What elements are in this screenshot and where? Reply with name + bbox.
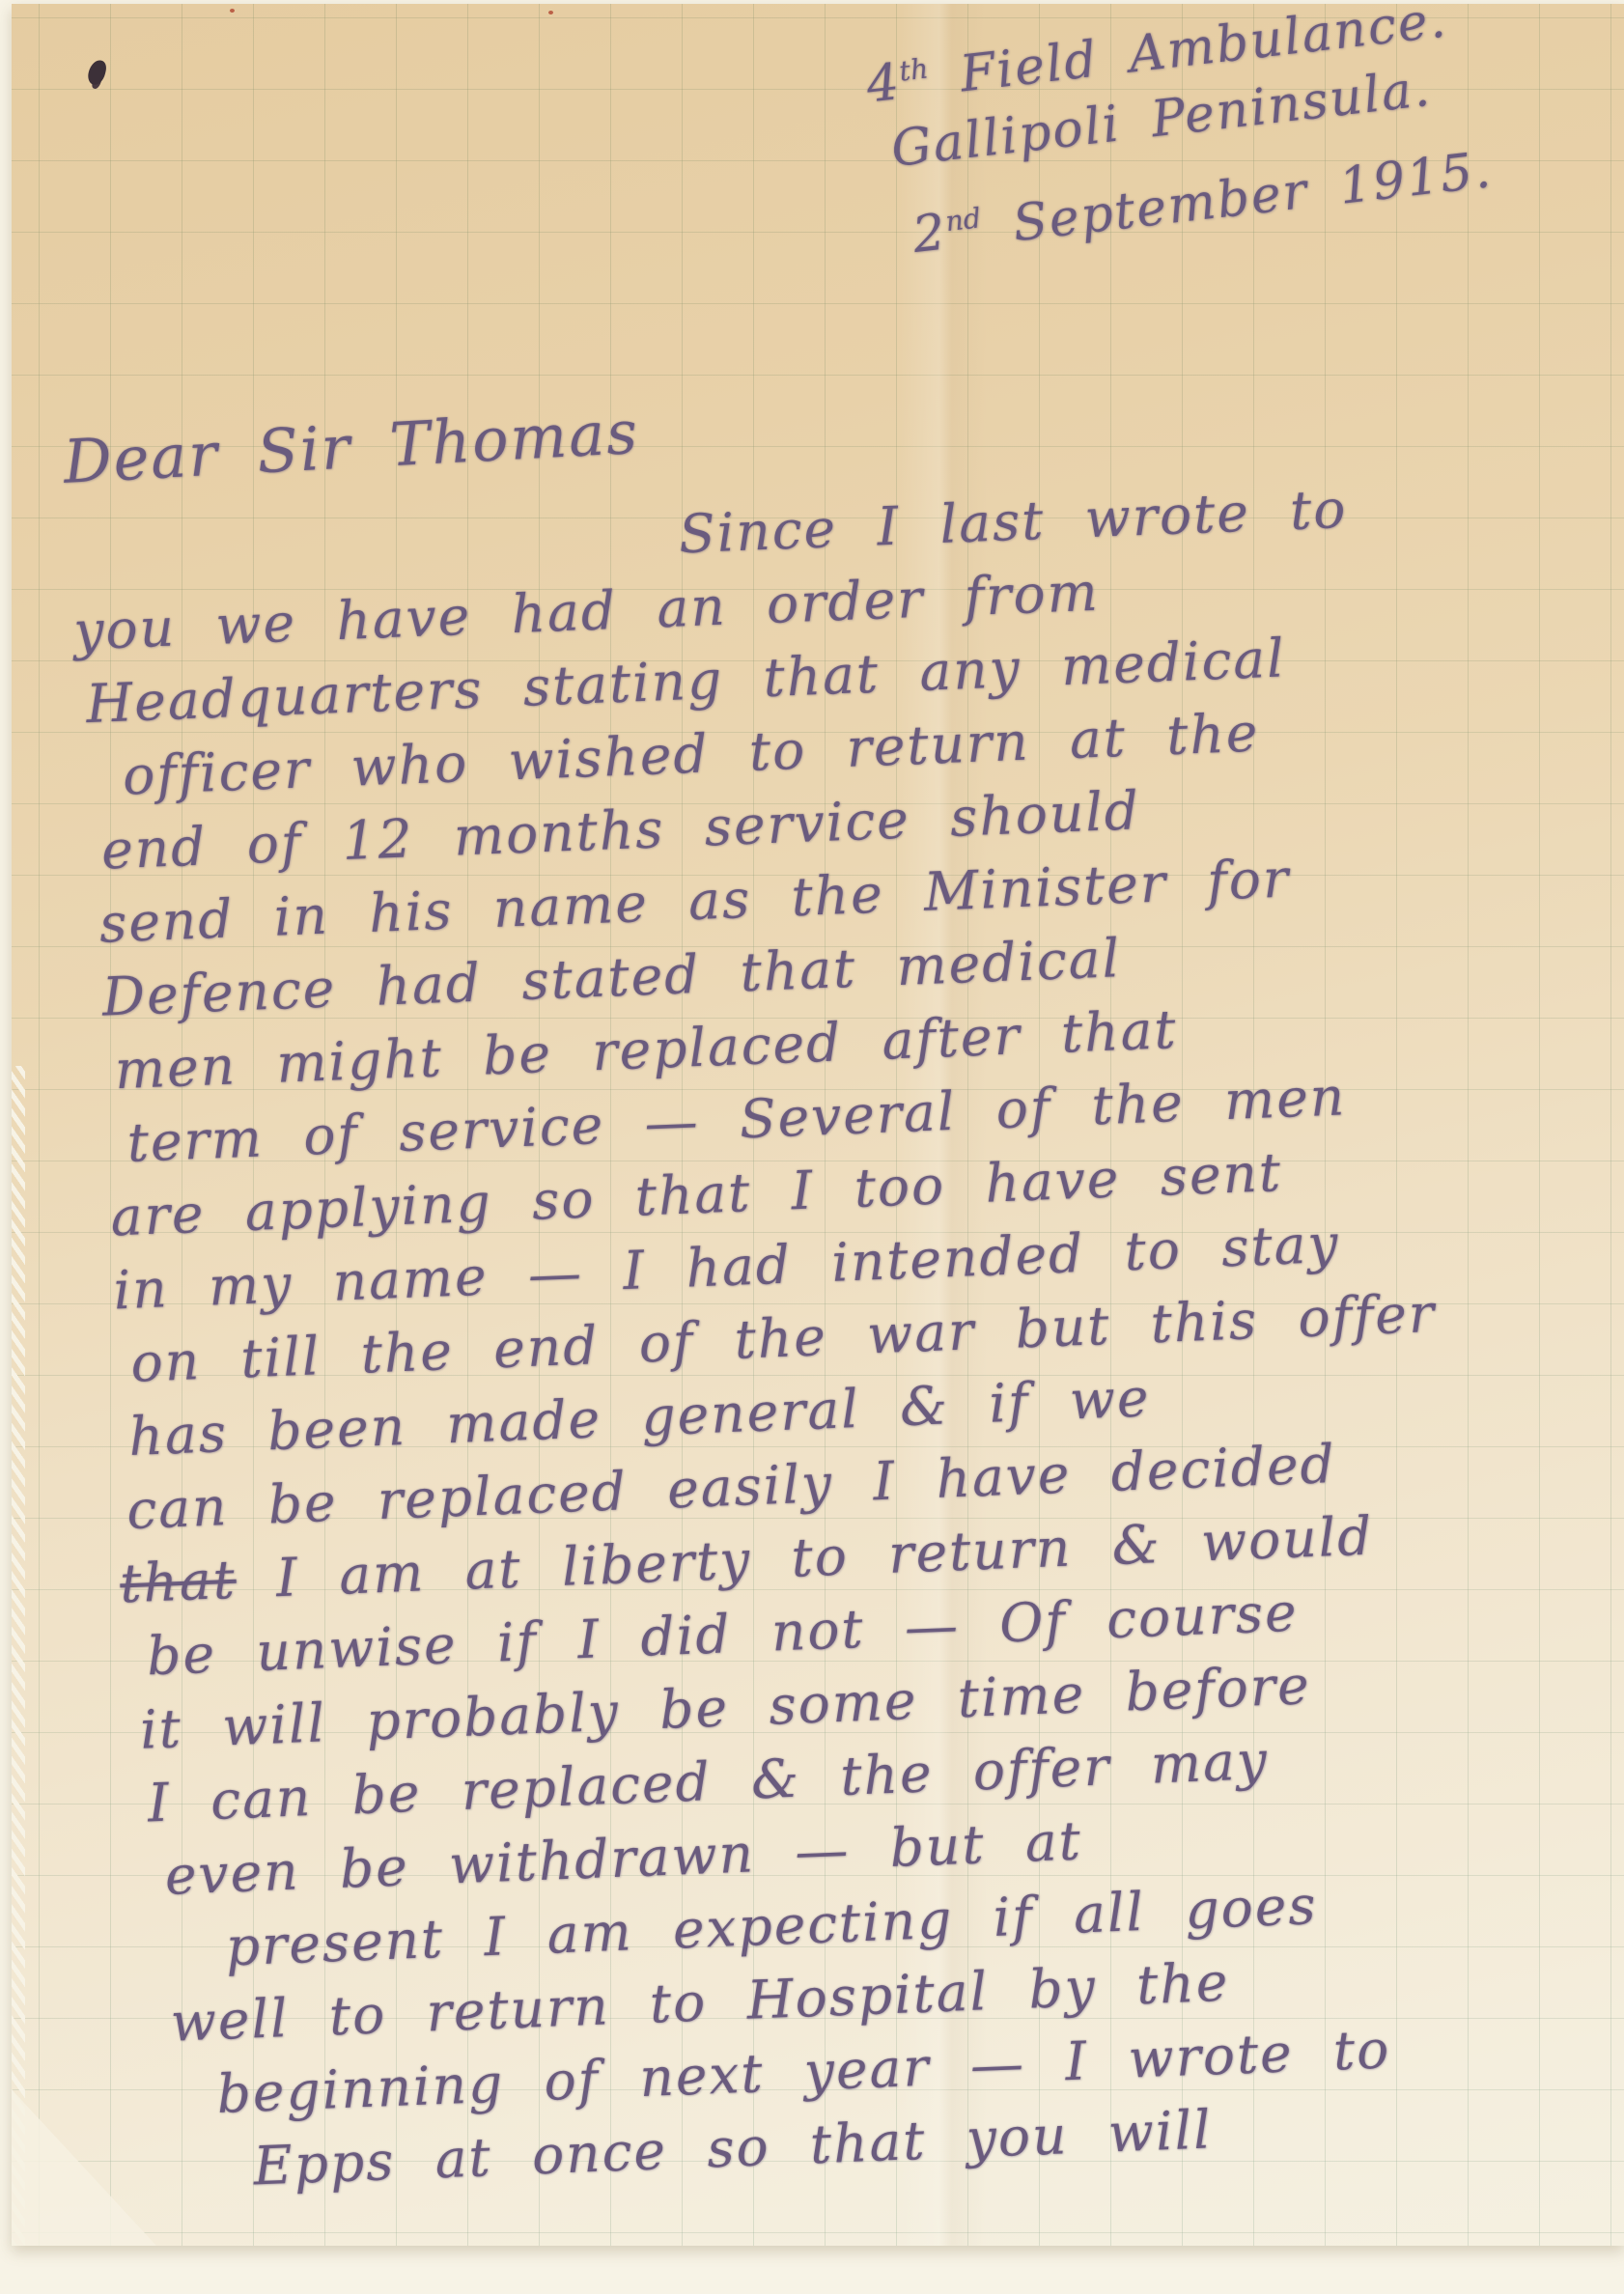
torn-left-edge <box>12 1066 25 2246</box>
red-speck <box>548 11 553 14</box>
letter-scan-page: 4th Field Ambulance. Gallipoli Peninsula… <box>0 0 1624 2294</box>
unit-ordinal-suffix: th <box>897 51 930 87</box>
red-speck <box>230 9 235 13</box>
struck-word: that <box>119 1549 238 1615</box>
date-ordinal-suffix: nd <box>943 201 982 238</box>
letter-paper: 4th Field Ambulance. Gallipoli Peninsula… <box>12 4 1624 2246</box>
letter-body: Since I last wrote to you we have had an… <box>60 462 1624 2208</box>
